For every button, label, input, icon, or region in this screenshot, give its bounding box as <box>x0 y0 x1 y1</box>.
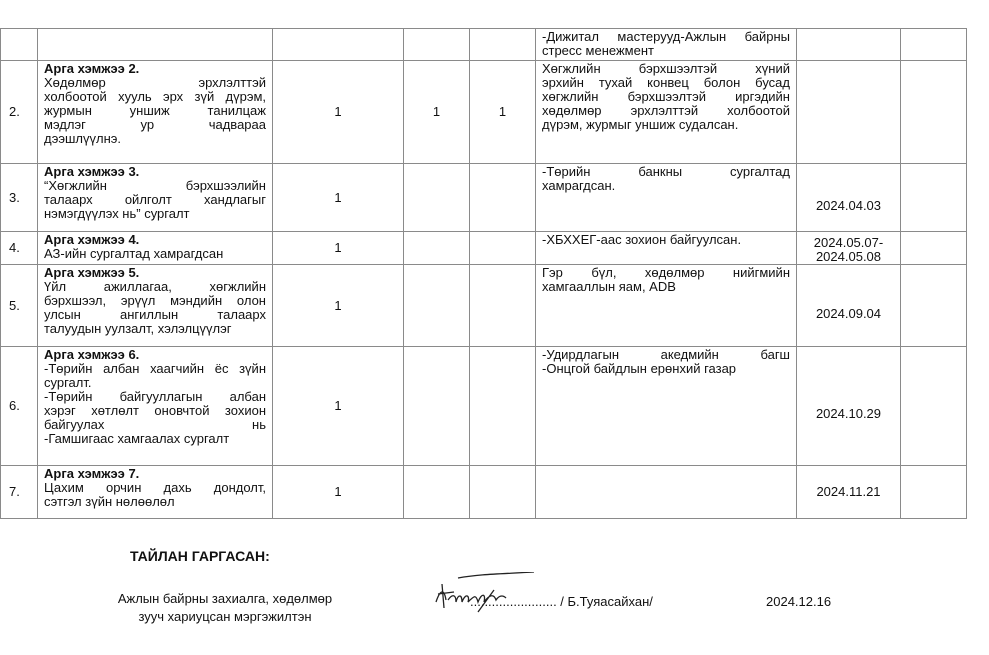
count-cell-1: 1 <box>273 466 404 519</box>
activity-cell: Арга хэмжээ 7.Цахим орчин дахь дондолт,с… <box>38 466 273 519</box>
result-cell: -Төрийн банкны сургалтадхамрагдсан. <box>536 164 797 232</box>
result-cell: -Дижитал мастерууд-Ажлын байрныстресс ме… <box>536 29 797 61</box>
count-cell-1: 1 <box>273 347 404 466</box>
activity-cell <box>38 29 273 61</box>
result-line: Гэр бүл, хөдөлмөр нийгмийн <box>542 266 790 280</box>
result-cell: Гэр бүл, хөдөлмөр нийгмийнхамгааллын яам… <box>536 265 797 347</box>
activity-description-line: Үйл ажиллагаа, хөгжлийн <box>44 280 266 294</box>
note-cell <box>901 265 967 347</box>
activity-title: Арга хэмжээ 5. <box>44 266 266 280</box>
activity-description-line: “Хөгжлийн бэрхшээлийн <box>44 179 266 193</box>
result-line: хамрагдсан. <box>542 179 790 193</box>
note-cell <box>901 61 967 164</box>
result-cell: -Удирдлагын акедмийн багш-Онцгой байдлын… <box>536 347 797 466</box>
count-cell-3 <box>470 466 536 519</box>
result-cell: -ХБХХЕГ-аас зохион байгуулсан. <box>536 232 797 265</box>
count-cell-2 <box>404 347 470 466</box>
table-row: 2.Арга хэмжээ 2.Хөдөлмөр эрхлэлттэйхолбо… <box>1 61 967 164</box>
date-text: 2024.11.21 <box>803 485 894 499</box>
activity-description-line: байгуулах нь <box>44 418 266 432</box>
signature-line: ........................ / Б.Туяасайхан/ <box>470 594 653 609</box>
count-cell-3 <box>470 164 536 232</box>
result-line: хамгааллын яам, ADB <box>542 280 790 294</box>
date-cell: 2024.10.29 <box>797 347 901 466</box>
count-cell-1 <box>273 29 404 61</box>
result-cell: Хөгжлийн бэрхшээлтэй хүнийэрхийн тухай к… <box>536 61 797 164</box>
count-cell-1: 1 <box>273 164 404 232</box>
activity-cell: Арга хэмжээ 5.Үйл ажиллагаа, хөгжлийнбэр… <box>38 265 273 347</box>
activity-description-line: нэмэгдүүлэх нь” сургалт <box>44 207 266 221</box>
result-line: -Дижитал мастерууд-Ажлын байрны <box>542 30 790 44</box>
activity-cell: Арга хэмжээ 4.АЗ-ийн сургалтад хамрагдса… <box>38 232 273 265</box>
activity-report-table: -Дижитал мастерууд-Ажлын байрныстресс ме… <box>0 28 967 519</box>
activity-cell: Арга хэмжээ 2.Хөдөлмөр эрхлэлттэйхолбоот… <box>38 61 273 164</box>
date-cell: 2024.05.07-2024.05.08 <box>797 232 901 265</box>
date-cell: 2024.09.04 <box>797 265 901 347</box>
activity-title: Арга хэмжээ 7. <box>44 467 266 481</box>
activity-description-line: улсын ангиллын талаарх <box>44 308 266 322</box>
activity-description-line: -Төрийн албан хаагчийн ёс зүйн <box>44 362 266 376</box>
preparer-position-line-2: зууч хариуцсан мэргэжилтэн <box>80 608 370 626</box>
table-row: 6.Арга хэмжээ 6.-Төрийн албан хаагчийн ё… <box>1 347 967 466</box>
note-cell <box>901 232 967 265</box>
note-cell <box>901 347 967 466</box>
date-cell: 2024.04.03 <box>797 164 901 232</box>
activity-description-line: Хөдөлмөр эрхлэлттэй <box>44 76 266 90</box>
row-number: 2. <box>1 61 38 164</box>
result-line: Хөгжлийн бэрхшээлтэй хүний <box>542 62 790 76</box>
result-line: -Удирдлагын акедмийн багш <box>542 348 790 362</box>
table-row: 5.Арга хэмжээ 5.Үйл ажиллагаа, хөгжлийнб… <box>1 265 967 347</box>
activity-description-line: сургалт. <box>44 376 266 390</box>
note-cell <box>901 466 967 519</box>
note-cell <box>901 29 967 61</box>
activity-description-line: хэрэг хөтлөлт оновчтой зохион <box>44 404 266 418</box>
date-text: 2024.05.07- <box>803 236 894 250</box>
row-number <box>1 29 38 61</box>
result-line: дүрэм, журмыг уншиж судалсан. <box>542 118 790 132</box>
activity-description-line: талуудын уулзалт, хэлэлцүүлэг <box>44 322 266 336</box>
report-prepared-by-heading: ТАЙЛАН ГАРГАСАН: <box>130 548 270 564</box>
preparer-position-line-1: Ажлын байрны захиалга, хөдөлмөр <box>80 590 370 608</box>
row-number: 4. <box>1 232 38 265</box>
preparer-position: Ажлын байрны захиалга, хөдөлмөр зууч хар… <box>80 590 370 626</box>
count-cell-3 <box>470 265 536 347</box>
activity-title: Арга хэмжээ 2. <box>44 62 266 76</box>
count-cell-1: 1 <box>273 232 404 265</box>
count-cell-1: 1 <box>273 265 404 347</box>
table-row: 7.Арга хэмжээ 7.Цахим орчин дахь дондолт… <box>1 466 967 519</box>
activity-cell: Арга хэмжээ 6.-Төрийн албан хаагчийн ёс … <box>38 347 273 466</box>
activity-title: Арга хэмжээ 3. <box>44 165 266 179</box>
count-cell-2 <box>404 164 470 232</box>
activity-description-line: Цахим орчин дахь дондолт, <box>44 481 266 495</box>
result-line: -Онцгой байдлын ерөнхий газар <box>542 362 790 376</box>
count-cell-3 <box>470 232 536 265</box>
date-text: 2024.05.08 <box>803 250 894 264</box>
activity-description-line: талаарх ойлголт хандлагыг <box>44 193 266 207</box>
row-number: 6. <box>1 347 38 466</box>
date-cell <box>797 29 901 61</box>
result-line: стресс менежмент <box>542 44 790 58</box>
count-cell-2 <box>404 265 470 347</box>
activity-description-line: сэтгэл зүйн нөлөөлөл <box>44 495 266 509</box>
activity-cell: Арга хэмжээ 3.“Хөгжлийн бэрхшээлийнталаа… <box>38 164 273 232</box>
row-number: 5. <box>1 265 38 347</box>
activity-description-line: дээшлүүлнэ. <box>44 132 266 146</box>
report-date: 2024.12.16 <box>766 594 831 609</box>
date-cell: 2024.11.21 <box>797 466 901 519</box>
result-cell <box>536 466 797 519</box>
table-row: -Дижитал мастерууд-Ажлын байрныстресс ме… <box>1 29 967 61</box>
activity-description-line: журмын уншиж танилцаж <box>44 104 266 118</box>
count-cell-2: 1 <box>404 61 470 164</box>
date-cell <box>797 61 901 164</box>
note-cell <box>901 164 967 232</box>
result-line: эрхийн тухай конвец болон бусад <box>542 76 790 90</box>
activity-description-line: -Гамшигаас хамгаалах сургалт <box>44 432 266 446</box>
result-line: хөдөлмөр эрхлэлттэй холбоотой <box>542 104 790 118</box>
table-row: 3.Арга хэмжээ 3.“Хөгжлийн бэрхшээлийнтал… <box>1 164 967 232</box>
count-cell-1: 1 <box>273 61 404 164</box>
activity-description-line: -Төрийн байгууллагын албан <box>44 390 266 404</box>
count-cell-2 <box>404 466 470 519</box>
count-cell-2 <box>404 29 470 61</box>
result-line: хөгжлийн бэрхшээлтэй иргэдийн <box>542 90 790 104</box>
result-line: -Төрийн банкны сургалтад <box>542 165 790 179</box>
count-cell-3: 1 <box>470 61 536 164</box>
table-row: 4.Арга хэмжээ 4.АЗ-ийн сургалтад хамрагд… <box>1 232 967 265</box>
count-cell-3 <box>470 347 536 466</box>
date-text: 2024.10.29 <box>803 407 894 421</box>
row-number: 3. <box>1 164 38 232</box>
result-line: -ХБХХЕГ-аас зохион байгуулсан. <box>542 233 790 247</box>
activity-title: Арга хэмжээ 4. <box>44 233 266 247</box>
row-number: 7. <box>1 466 38 519</box>
count-cell-3 <box>470 29 536 61</box>
count-cell-2 <box>404 232 470 265</box>
date-text: 2024.09.04 <box>803 307 894 321</box>
date-text: 2024.04.03 <box>803 199 894 213</box>
activity-description-line: холбоотой хууль эрх зүй дүрэм, <box>44 90 266 104</box>
activity-description-line: мэдлэг ур чадвараа <box>44 118 266 132</box>
activity-title: Арга хэмжээ 6. <box>44 348 266 362</box>
activity-description-line: бэрхшээл, эрүүл мэндийн олон <box>44 294 266 308</box>
activity-description-line: АЗ-ийн сургалтад хамрагдсан <box>44 247 266 261</box>
